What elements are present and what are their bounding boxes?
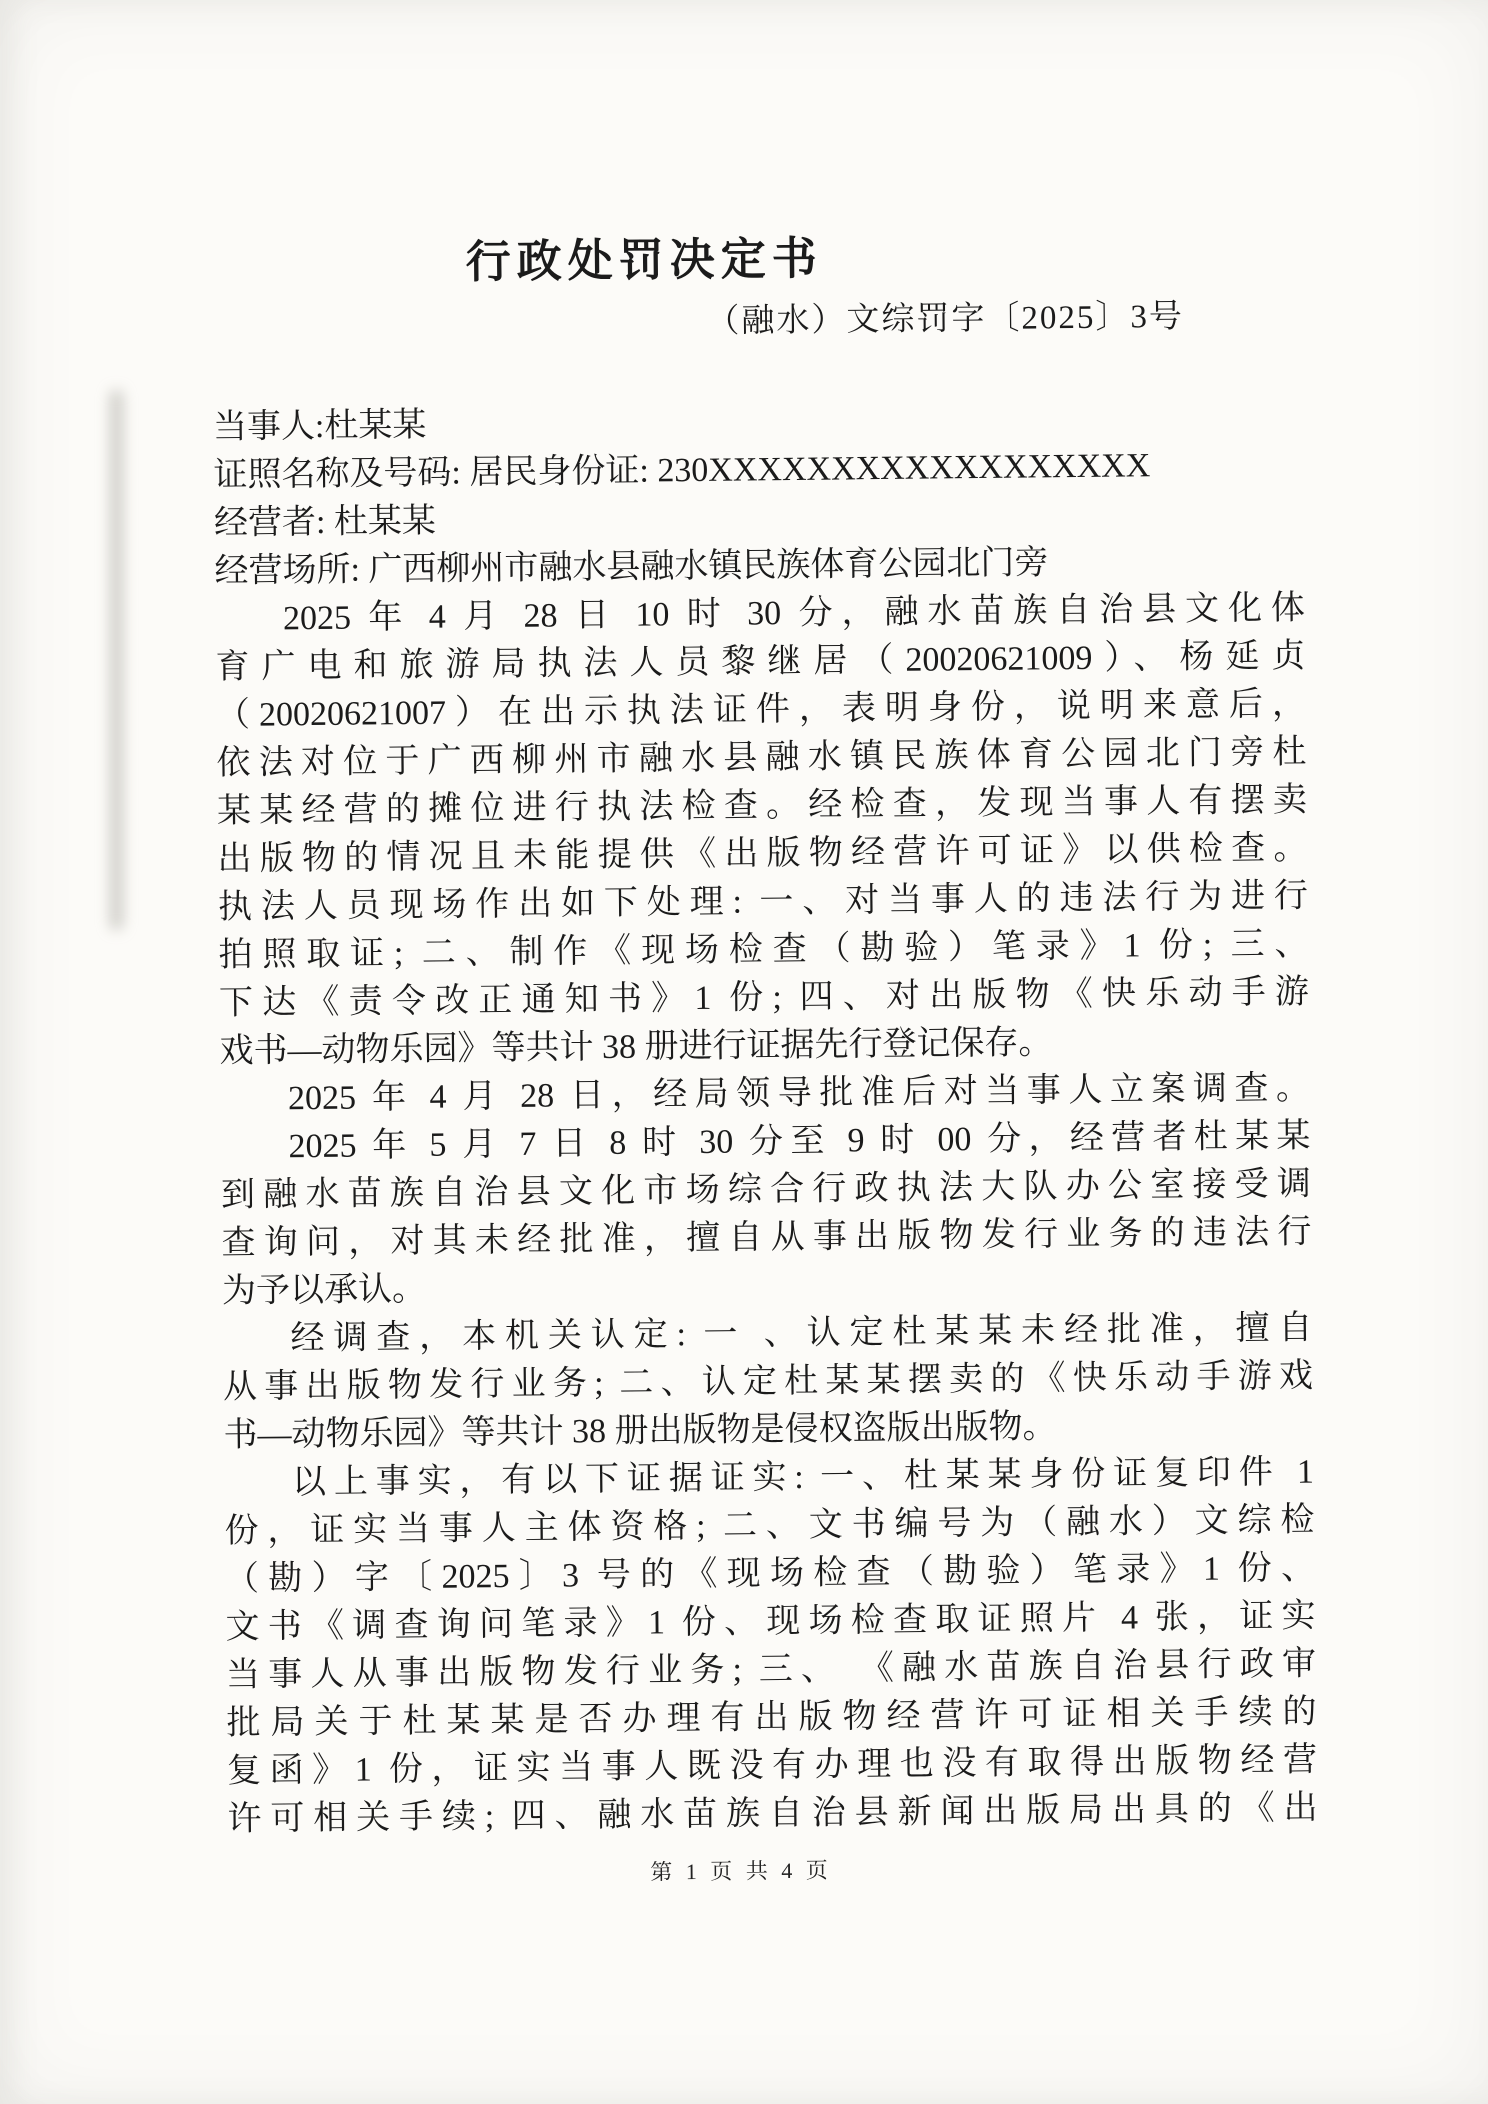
scan-smudge [110,390,123,930]
scanned-page: 行政处罚决定书 （融水）文综罚字〔2025〕3号 当事人:杜某某证照名称及号码:… [0,0,1488,2104]
document-body: 当事人:杜某某证照名称及号码: 居民身份证: 230XXXXXXXXXXXXXX… [213,393,1318,1844]
document-content: 行政处罚决定书 （融水）文综罚字〔2025〕3号 当事人:杜某某证照名称及号码:… [208,0,1320,2104]
page-footer: 第 1 页 共 4 页 [196,1849,1286,1891]
document-title: 行政处罚决定书 [99,226,1190,295]
document-number: （融水）文综罚字〔2025〕3号 [212,291,1302,352]
document-line: 许可相关手续; 四、融水苗族自治县新闻出版局出具的《出 [227,1785,1317,1844]
